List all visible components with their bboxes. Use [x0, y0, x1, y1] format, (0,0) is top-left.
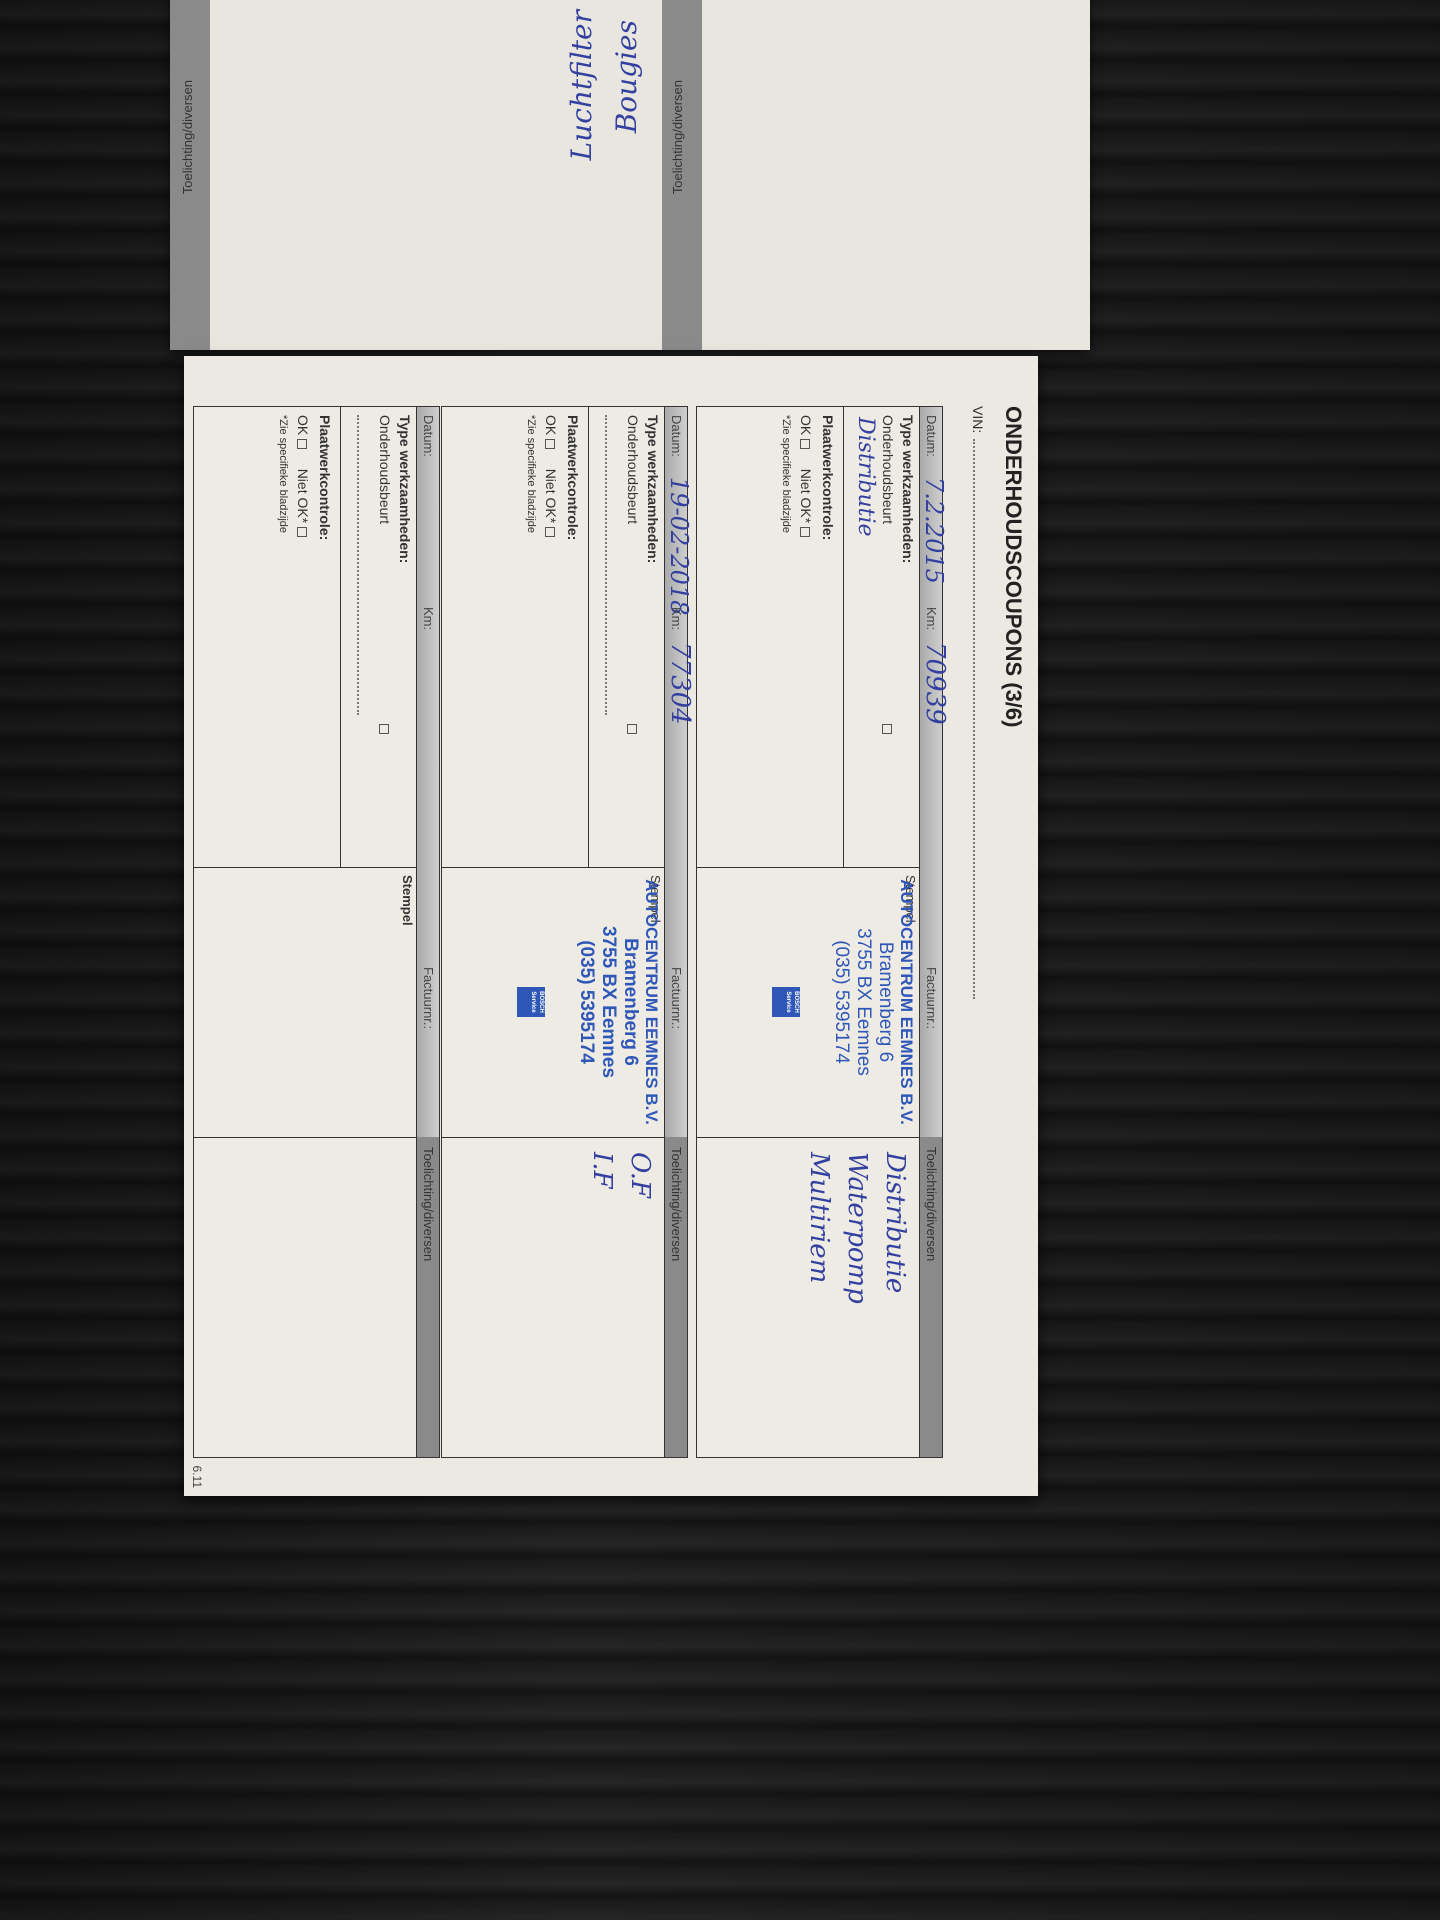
prev-note-1: Bougies [610, 20, 643, 133]
vin-field: VIN: [970, 406, 986, 999]
coupon-1-niet-ok-checkbox[interactable] [800, 527, 810, 537]
maintenance-booklet: Toelichting/diversen Toelichting/diverse… [0, 0, 1440, 1920]
coupon-1-date: 7.2.2015 [920, 477, 948, 584]
prev-toelichting-label: Toelichting/diversen [670, 80, 685, 194]
coupon-1-work-note: Distributie [853, 417, 878, 537]
coupon-2-km: 77304 [665, 642, 695, 725]
coupon-2: Datum: 19-02-2018 Km: 77304 Factuurnr.: … [441, 406, 688, 1458]
prev-note-2: Luchtfilter [565, 10, 598, 160]
coupon-1: Datum: 7.2.2015 Km: 70939 Factuurnr.: To… [696, 406, 943, 1458]
coupon-1-note-1: Distributie [880, 1152, 910, 1293]
coupon-2-date: 19-02-2018 [665, 477, 693, 615]
prev-toelichting-label-2: Toelichting/diversen [180, 80, 195, 194]
coupon-2-note-1: O.F [625, 1152, 655, 1198]
coupon-page: ONDERHOUDSCOUPONS (3/6) VIN: Datum: 7.2.… [184, 356, 1038, 1496]
coupon-3: Datum: Km: Factuurnr.: Toelichting/diver… [193, 406, 440, 1458]
bosch-service-logo: BOSCH Service [772, 987, 800, 1017]
page-title: ONDERHOUDSCOUPONS (3/6) [1000, 406, 1026, 727]
coupon-1-note-2: Waterpomp [842, 1152, 872, 1304]
coupon-2-stamp: AUTOCENTRUM EEMNES B.V. Bramenberg 6 375… [575, 867, 661, 1137]
coupon-2-niet-ok-checkbox[interactable] [545, 527, 555, 537]
coupon-2-note-2: I.F [587, 1152, 617, 1189]
coupon-1-note-3: Multiriem [804, 1152, 834, 1283]
coupon-1-ok-checkbox[interactable] [800, 439, 810, 449]
coupon-1-km: 70939 [920, 642, 950, 725]
bosch-service-logo: BOSCH Service [517, 987, 545, 1017]
coupon-3-ok-checkbox[interactable] [297, 439, 307, 449]
previous-page: Toelichting/diversen Toelichting/diverse… [170, 0, 1090, 350]
coupon-1-stamp: AUTOCENTRUM EEMNES B.V. Bramenberg 6 375… [830, 867, 916, 1137]
coupon-3-niet-ok-checkbox[interactable] [297, 527, 307, 537]
coupon-2-ok-checkbox[interactable] [545, 439, 555, 449]
page-number: 6.11 [190, 1466, 204, 1488]
